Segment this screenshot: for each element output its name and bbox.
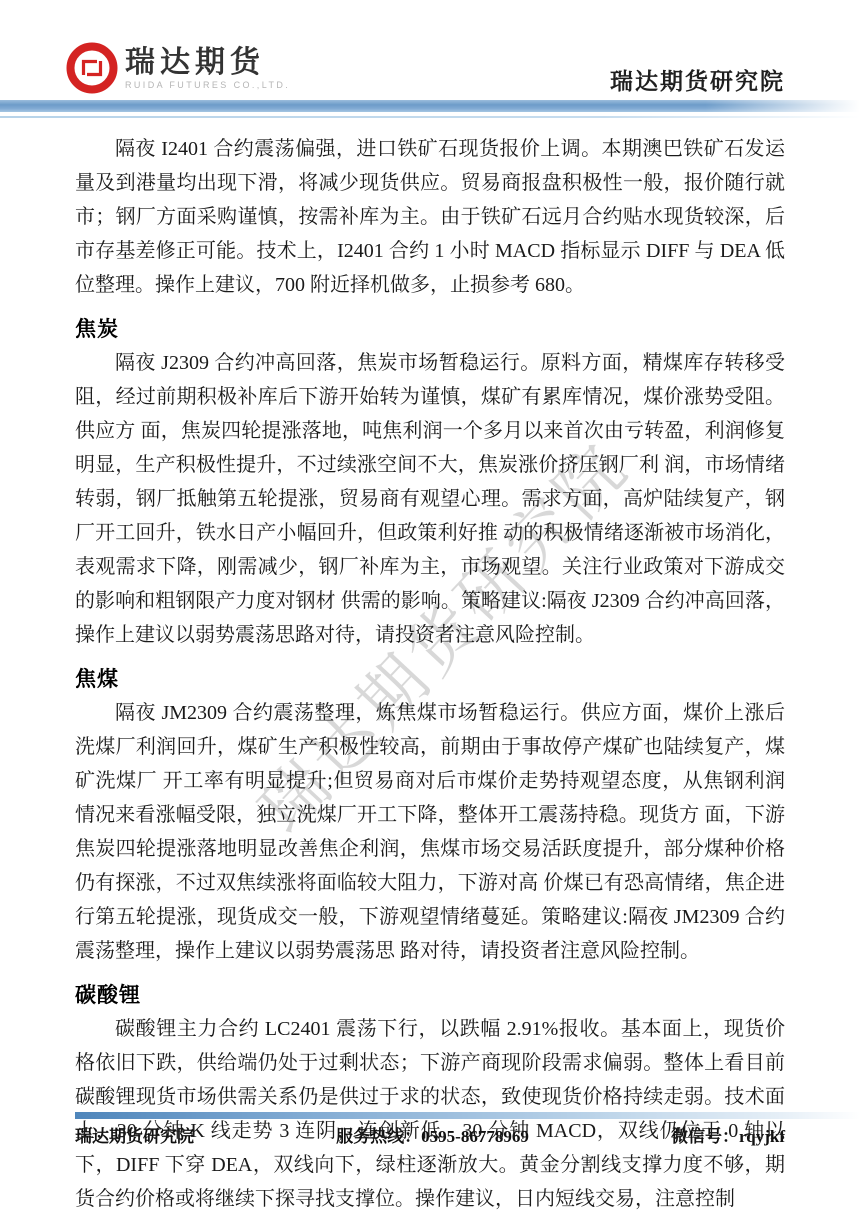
section-heading: 碳酸锂 [75, 978, 785, 1012]
page-header: 瑞达期货 RUIDA FUTURES CO.,LTD. 瑞达期货研究院 [0, 0, 860, 100]
section-paragraphs: 隔夜 I2401 合约震荡偏强，进口铁矿石现货报价上调。本期澳巴铁矿石发运量及到… [75, 132, 785, 302]
header-title: 瑞达期货研究院 [610, 63, 785, 96]
report-body: 隔夜 I2401 合约震荡偏强，进口铁矿石现货报价上调。本期澳巴铁矿石发运量及到… [75, 117, 785, 1216]
header-divider-bar [0, 100, 860, 112]
section-paragraph: 隔夜 I2401 合约震荡偏强，进口铁矿石现货报价上调。本期澳巴铁矿石发运量及到… [75, 132, 785, 302]
section-heading: 焦炭 [75, 312, 785, 346]
company-name: 瑞达期货 [125, 46, 290, 80]
section-paragraphs: 隔夜 JM2309 合约震荡整理，炼焦煤市场暂稳运行。供应方面，煤价上涨后洗煤厂… [75, 696, 785, 968]
report-section: 隔夜 I2401 合约震荡偏强，进口铁矿石现货报价上调。本期澳巴铁矿石发运量及到… [75, 132, 785, 302]
report-section: 焦炭 隔夜 J2309 合约冲高回落，焦炭市场暂稳运行。原料方面，精煤库存转移受… [75, 312, 785, 652]
section-paragraph: 隔夜 J2309 合约冲高回落，焦炭市场暂稳运行。原料方面，精煤库存转移受阻，经… [75, 346, 785, 652]
report-section: 碳酸锂 碳酸锂主力合约 LC2401 震荡下行，以跌幅 2.91%报收。基本面上… [75, 978, 785, 1216]
company-logo: 瑞达期货 RUIDA FUTURES CO.,LTD. [66, 42, 290, 94]
section-paragraph: 碳酸锂主力合约 LC2401 震荡下行，以跌幅 2.91%报收。基本面上，现货价… [75, 1012, 785, 1216]
section-paragraph: 隔夜 JM2309 合约震荡整理，炼焦煤市场暂稳运行。供应方面，煤价上涨后洗煤厂… [75, 696, 785, 968]
section-heading: 焦煤 [75, 662, 785, 696]
section-paragraphs: 隔夜 J2309 合约冲高回落，焦炭市场暂稳运行。原料方面，精煤库存转移受阻，经… [75, 346, 785, 652]
section-paragraphs: 碳酸锂主力合约 LC2401 震荡下行，以跌幅 2.91%报收。基本面上，现货价… [75, 1012, 785, 1216]
report-page: 瑞达期货 RUIDA FUTURES CO.,LTD. 瑞达期货研究院 瑞达期货… [0, 0, 860, 1217]
logo-text: 瑞达期货 RUIDA FUTURES CO.,LTD. [125, 46, 290, 91]
company-subtitle: RUIDA FUTURES CO.,LTD. [125, 80, 290, 91]
ruida-logo-icon [66, 42, 118, 94]
report-section: 焦煤 隔夜 JM2309 合约震荡整理，炼焦煤市场暂稳运行。供应方面，煤价上涨后… [75, 662, 785, 968]
